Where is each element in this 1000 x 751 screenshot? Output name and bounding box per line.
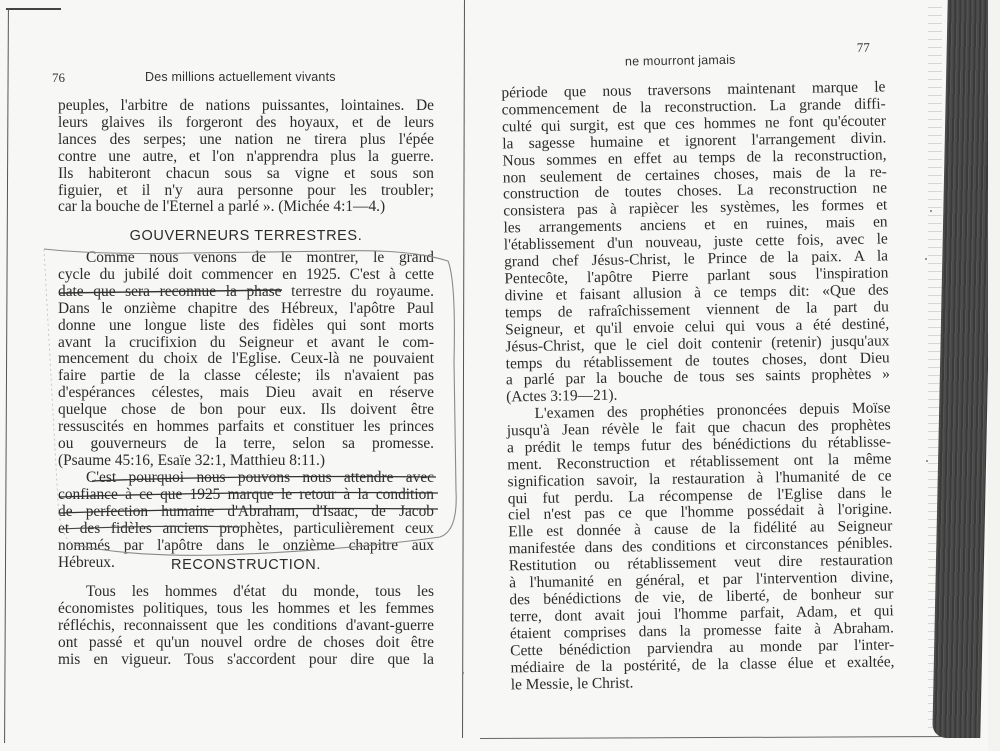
text-line-underlined: de perfection humaine d'Abraham, d'Isaac… [58,504,434,521]
text-line: Tous les hommes d'état du monde, tous le… [58,584,434,601]
text-line: économistes politiques, tous les hommes … [58,601,434,618]
page-number: 76 [52,70,65,86]
text-line: contre une autre, et l'on n'apprendra pl… [58,149,434,166]
scan-speck [925,258,927,260]
section-title-reconstruction: RECONSTRUCTION. [58,557,434,573]
text-line: avant la crucifixion du Seigneur et avan… [58,335,434,352]
page-edge-top [6,8,61,10]
text-line: Ils habiteront chacun sous sa vigne et s… [58,166,434,183]
text-line: donne une longue liste des fidèles qui s… [58,318,434,335]
text-line: ressuscités en hommes parfaits et consti… [58,419,434,436]
scan-speck [926,460,928,462]
text-line: (Psaume 45:16, Esaïe 32:1, Matthieu 8:11… [58,453,434,470]
text-line: figuier, et il n'y aura personne pour le… [58,183,434,200]
gouverneurs-paragraph-1: Comme nous venons de le montrer, le gran… [58,250,434,470]
text-line: Comme nous venons de le montrer, le gran… [58,250,434,267]
section-title-gouverneurs: GOUVERNEURS TERRESTRES. [58,228,434,244]
text-line-underlined: C'est pourquoi nous pouvons nous attendr… [58,470,434,487]
page-edge-bottom [480,736,960,739]
page-number: 77 [857,40,870,56]
reconstruction-paragraph: Tous les hommes d'état du monde, tous le… [58,584,434,669]
text-line: réfléchis, reconnaissent que les conditi… [58,618,434,635]
scan-margin [988,0,1000,751]
text-line: ont passé et qu'un nouvel ordre de chose… [58,635,434,652]
right-paragraph-1: période que nous traversons maintenant m… [501,79,890,406]
running-head: ne mourront jamais [625,53,736,69]
text-line: date que sera reconnue la phase terrestr… [58,284,434,301]
text-line: nommés par l'apôtre dans le onzième chap… [58,538,434,555]
text-line: faire partie de la classe céleste; ils n… [58,368,434,385]
text-line: peuples, l'arbitre de nations puissantes… [58,98,434,115]
text-line: d'espérances célestes, mais Dieu avait e… [58,385,434,402]
book-gutter [462,0,467,738]
text-line: mis en vigueur. Tous s'accordent pour di… [58,652,434,669]
text-line: Dans le onzième chapitre des Hébreux, l'… [58,301,434,318]
text-line: lances des serpes; une nation ne tirera … [58,132,434,149]
text-line: car la bouche de l'Eternel a parlé ». (M… [58,199,434,216]
scan-speck [930,210,932,212]
text-line: ou gouverneurs de la terre, selon sa pro… [58,436,434,453]
text-line: mencement du choix de l'Eglise. Ceux-là … [58,351,434,368]
text-line: quelque chose de bon pour eux. Ils doive… [58,402,434,419]
text-line: et des fidèles anciens prophètes, partic… [58,521,434,538]
running-head: Des millions actuellement vivants [145,70,336,84]
scanned-book-spread: 76 Des millions actuellement vivants peu… [0,0,1000,751]
text-line: leurs glaives ils forgeront des hoyaux, … [58,115,434,132]
text-line-underlined: cycle du jubilé doit commencer en 1925. … [58,267,434,284]
scan-speck [462,672,464,674]
text-line-underlined: confiance à ce que 1925 marque le retour… [58,487,434,504]
page-edge-left [4,8,12,743]
right-paragraph-2: L'examen des prophéties prononcées depui… [506,400,894,693]
opening-paragraph: peuples, l'arbitre de nations puissantes… [58,98,434,216]
